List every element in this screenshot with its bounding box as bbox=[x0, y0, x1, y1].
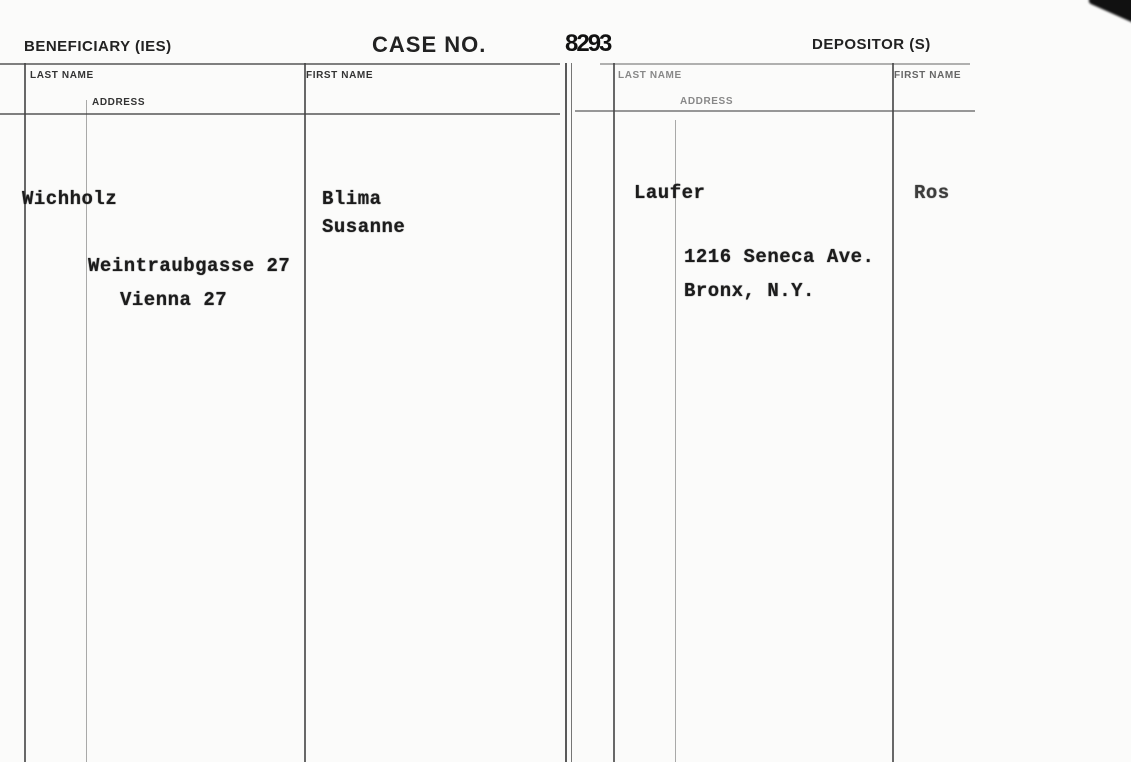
depositor-last-name: Laufer bbox=[634, 182, 705, 204]
address-indent-divider bbox=[675, 120, 676, 762]
beneficiary-address-label: ADDRESS bbox=[92, 97, 145, 108]
depositor-first-name-label: FIRST NAME bbox=[894, 70, 961, 81]
depositor-first-name: Ros bbox=[914, 182, 950, 204]
beneficiary-address-line2: Vienna 27 bbox=[120, 289, 227, 311]
depositor-header: DEPOSITOR (S) bbox=[812, 36, 931, 53]
case-number-value: 8293 bbox=[565, 30, 610, 58]
beneficiary-last-name: Wichholz bbox=[22, 188, 117, 210]
header-top-rule bbox=[0, 63, 560, 65]
corner-smudge bbox=[1087, 0, 1131, 27]
beneficiary-first-name-label: FIRST NAME bbox=[306, 70, 373, 81]
beneficiary-header: BENEFICIARY (IES) bbox=[24, 38, 172, 55]
beneficiary-first-name-1: Blima bbox=[322, 188, 382, 210]
depositor-address-line1: 1216 Seneca Ave. bbox=[684, 246, 874, 268]
column-divider bbox=[24, 63, 26, 762]
depositor-address-line2: Bronx, N.Y. bbox=[684, 280, 815, 302]
depositor-last-name-label: LAST NAME bbox=[618, 70, 682, 81]
column-divider bbox=[304, 63, 306, 762]
column-divider bbox=[892, 63, 894, 762]
beneficiary-address-line1: Weintraubgasse 27 bbox=[88, 255, 290, 277]
header-top-rule-right bbox=[600, 63, 970, 65]
beneficiary-first-name-2: Susanne bbox=[322, 216, 405, 238]
beneficiary-last-name-label: LAST NAME bbox=[30, 70, 94, 81]
column-divider bbox=[613, 63, 615, 762]
case-number-label: CASE NO. bbox=[372, 32, 486, 58]
section-divider bbox=[565, 63, 572, 762]
header-bottom-rule bbox=[0, 113, 560, 115]
case-index-card: BENEFICIARY (IES) CASE NO. 8293 DEPOSITO… bbox=[0, 0, 1131, 762]
header-bottom-rule-right bbox=[575, 110, 975, 112]
depositor-address-label: ADDRESS bbox=[680, 96, 733, 107]
